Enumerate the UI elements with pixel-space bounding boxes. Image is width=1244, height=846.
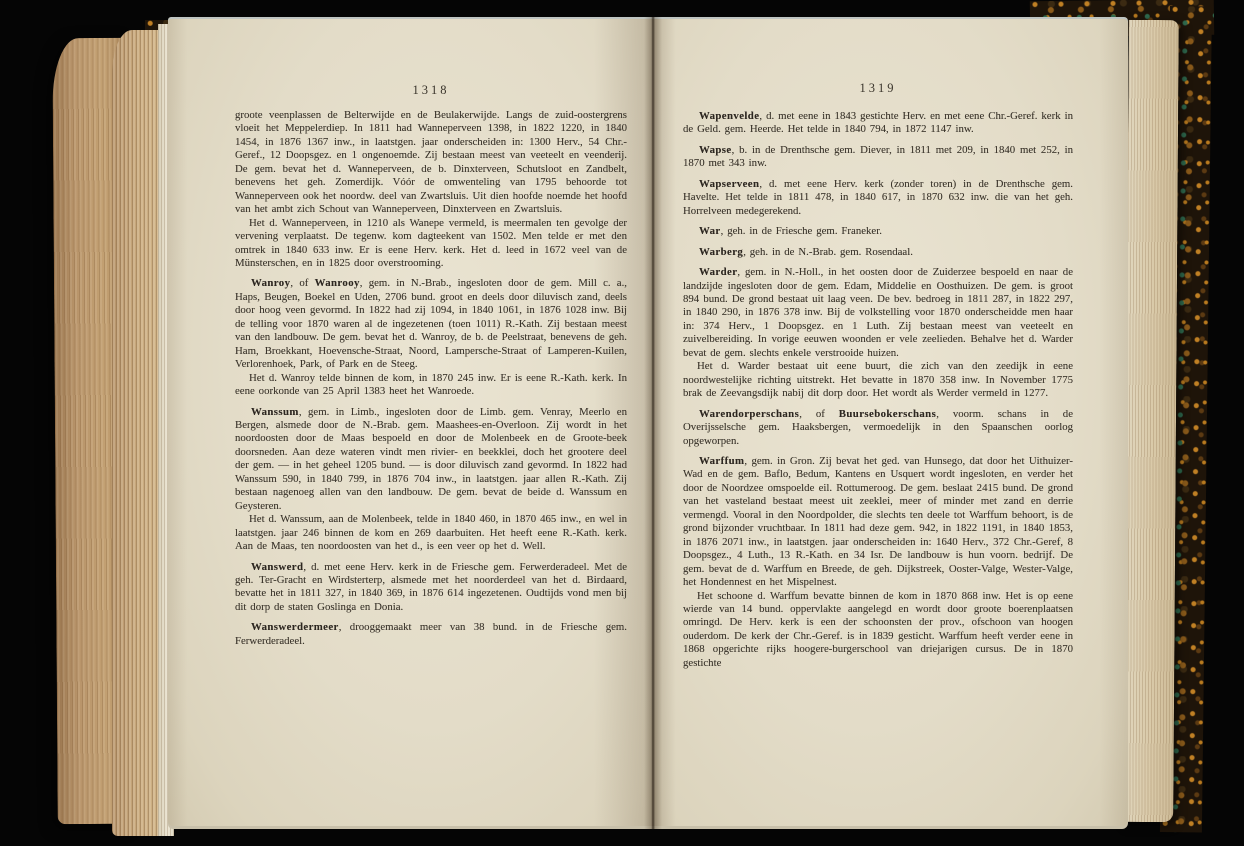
page-number-left: 1318 xyxy=(235,83,627,98)
paragraph: groote veenplassen de Belterwijde en de … xyxy=(235,109,627,217)
page-number-right: 1319 xyxy=(683,81,1073,96)
dictionary-entry: Wanssum, gem. in Limb., ingesloten door … xyxy=(235,406,627,514)
book-page-right: 1319 Wapenvelde, d. met eene in 1843 ges… xyxy=(652,17,1128,829)
dictionary-entry: Wanswerd, d. met eene Herv. kerk in de F… xyxy=(235,561,627,615)
paragraph: Het d. Wanroy telde binnen de kom, in 18… xyxy=(235,372,627,399)
paragraph: Het d. Wanneperveen, in 1210 als Wanepe … xyxy=(235,217,627,271)
entry-headword: Warffum xyxy=(699,455,744,467)
dictionary-entry: Wapenvelde, d. met eene in 1843 gesticht… xyxy=(683,110,1073,137)
dictionary-entry: Wanswerdermeer, drooggemaakt meer van 38… xyxy=(235,621,627,648)
entry-headword: Wapserveen xyxy=(699,178,759,190)
paragraph: Het schoone d. Warffum bevatte binnen de… xyxy=(683,590,1073,671)
entry-headword: Wanswerd xyxy=(251,561,303,573)
paragraph: Het d. Warder bestaat uit eene buurt, di… xyxy=(683,360,1073,400)
dictionary-entry: Warendorperschans, of Buursebokerschans,… xyxy=(683,408,1073,448)
text-column-left: groote veenplassen de Belterwijde en de … xyxy=(235,109,627,648)
dictionary-entry: Wapse, b. in de Drenthsche gem. Diever, … xyxy=(683,144,1073,171)
entry-headword: Wanssum xyxy=(251,406,299,418)
paragraph: Het d. Wanssum, aan de Molenbeek, telde … xyxy=(235,513,627,553)
entry-headword: Wanrooy xyxy=(315,277,360,289)
dictionary-entry: Wapserveen, d. met eene Herv. kerk (zond… xyxy=(683,178,1073,218)
entry-headword: Wanroy xyxy=(251,277,290,289)
text-column-right: Wapenvelde, d. met eene in 1843 gesticht… xyxy=(683,103,1073,670)
dictionary-entry: Wanroy, of Wanrooy, gem. in N.-Brab., in… xyxy=(235,277,627,371)
entry-headword: Wapenvelde xyxy=(699,110,759,122)
entry-headword: Buursebokerschans xyxy=(839,408,936,420)
entry-headword: Wanswerdermeer xyxy=(251,621,339,633)
entry-headword: War xyxy=(699,225,721,237)
entry-headword: Warder xyxy=(699,266,737,278)
dictionary-entry: Warffum, gem. in Gron. Zij bevat het ged… xyxy=(683,455,1073,590)
page-edges-right xyxy=(1123,20,1179,822)
dictionary-entry: Warder, gem. in N.-Holl., in het oosten … xyxy=(683,266,1073,360)
dictionary-entry: Warberg, geh. in de N.-Brab. gem. Rosend… xyxy=(683,246,1073,259)
entry-headword: Warberg xyxy=(699,246,743,258)
dictionary-entry: War, geh. in de Friesche gem. Franeker. xyxy=(683,225,1073,238)
book-photo: { "book": { "colors": { "background": "#… xyxy=(0,0,1244,846)
entry-headword: Warendorperschans xyxy=(699,408,799,420)
book-page-left: 1318 groote veenplassen de Belterwijde e… xyxy=(168,17,652,829)
entry-headword: Wapse xyxy=(699,144,732,156)
